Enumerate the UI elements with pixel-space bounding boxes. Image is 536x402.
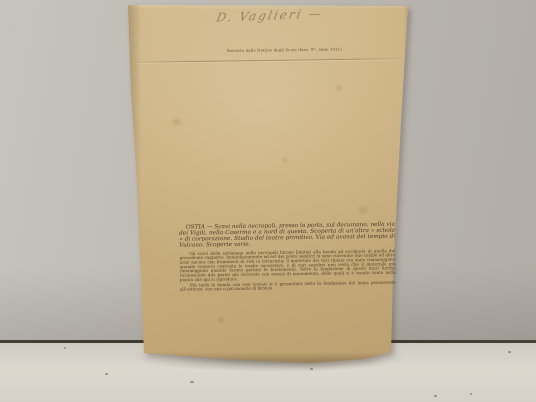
floor-speck [434, 395, 437, 397]
photo-scene: D. Vaglieri — Estratto dalle Notizie deg… [0, 0, 536, 402]
summary-text-block: OSTIA — Scavi nella necropoli, presso la… [179, 221, 396, 304]
horizontal-crease-rule [138, 58, 401, 63]
imprint-line-text: Estratto dalle Notizie degli Scavi (fasc… [197, 46, 373, 53]
imprint-line-block: Estratto dalle Notizie degli Scavi (fasc… [197, 46, 373, 58]
handwritten-author-note: D. Vaglieri — [213, 5, 368, 33]
floor-speck [470, 393, 472, 395]
floor-speck [105, 373, 108, 375]
floor-speck [190, 381, 194, 383]
pamphlet-content: D. Vaglieri — Estratto dalle Notizie deg… [124, 0, 417, 368]
floor-speck [508, 351, 511, 353]
floor-speck [64, 347, 66, 349]
report-paragraph-2: Più tardi la banda con essi trovati si è… [180, 280, 396, 292]
report-paragraph-1: Gli scavi della settimana nella necropol… [179, 249, 395, 282]
report-heading: OSTIA — Scavi nella necropoli, presso la… [179, 221, 395, 248]
pamphlet: D. Vaglieri — Estratto dalle Notizie deg… [125, 2, 413, 366]
